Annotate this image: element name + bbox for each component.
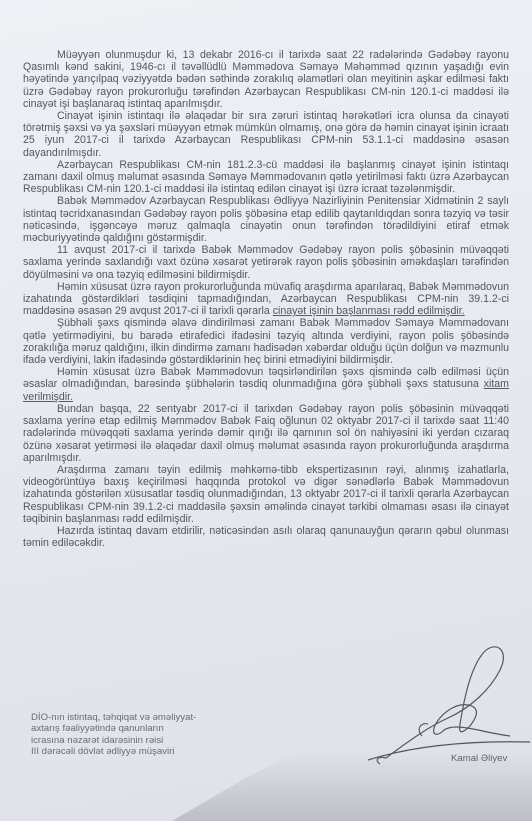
paragraph-9: Bundan başqa, 22 sentyabr 2017-ci il tar… (23, 403, 509, 464)
document-page: Müəyyən olunmuşdur ki, 13 dekabr 2016-cı… (0, 0, 532, 821)
paragraph-7: Şübhəli şəxs qismində əlavə dindirilməsi… (23, 317, 509, 366)
paragraph-1: Müəyyən olunmuşdur ki, 13 dekabr 2016-cı… (23, 49, 509, 110)
paragraph-4: Babək Məmmədov Azərbaycan Respublikası Ə… (23, 195, 509, 244)
photo-shadow (172, 751, 532, 821)
paragraph-6: Həmin xüsusat üzrə rayon prokurorluğunda… (23, 281, 509, 318)
paragraph-6-underlined: cinayət işinin başlanması rədd edilmişdi… (273, 305, 465, 317)
paragraph-11: Hazırda istintaq davam etdirilir, nəticə… (23, 525, 509, 549)
signature-icon (360, 640, 532, 765)
paragraph-2: Cinayət işinin istintaqı ilə əlaqədar bi… (23, 110, 509, 159)
signatory-title-line: DİO-nın istintaq, təhqiqat və əməliyyat- (31, 712, 196, 723)
signatory-title: DİO-nın istintaq, təhqiqat və əməliyyat-… (31, 712, 196, 758)
signatory-title-line: III dərəcəli dövlət ədliyyə müşaviri (31, 746, 196, 757)
signatory-title-line: icrasına nəzarət idarəsinin rəisi (31, 735, 196, 746)
paragraph-8-text: Həmin xüsusat üzrə Babək Məmmədovun təqs… (23, 366, 509, 390)
paragraph-8: Həmin xüsusat üzrə Babək Məmmədovun təqs… (23, 366, 509, 403)
paragraph-10: Araşdırma zamanı təyin edilmiş məhkəmə-t… (23, 464, 509, 525)
paragraph-5: 11 avqust 2017-ci il tarixdə Babək Məmmə… (23, 244, 509, 281)
signatory-title-line: axtarış fəaliyyətində qanunların (31, 723, 196, 734)
paragraph-3: Azərbaycan Respublikası CM-nin 181.2.3-c… (23, 159, 509, 196)
document-body: Müəyyən olunmuşdur ki, 13 dekabr 2016-cı… (23, 49, 509, 549)
